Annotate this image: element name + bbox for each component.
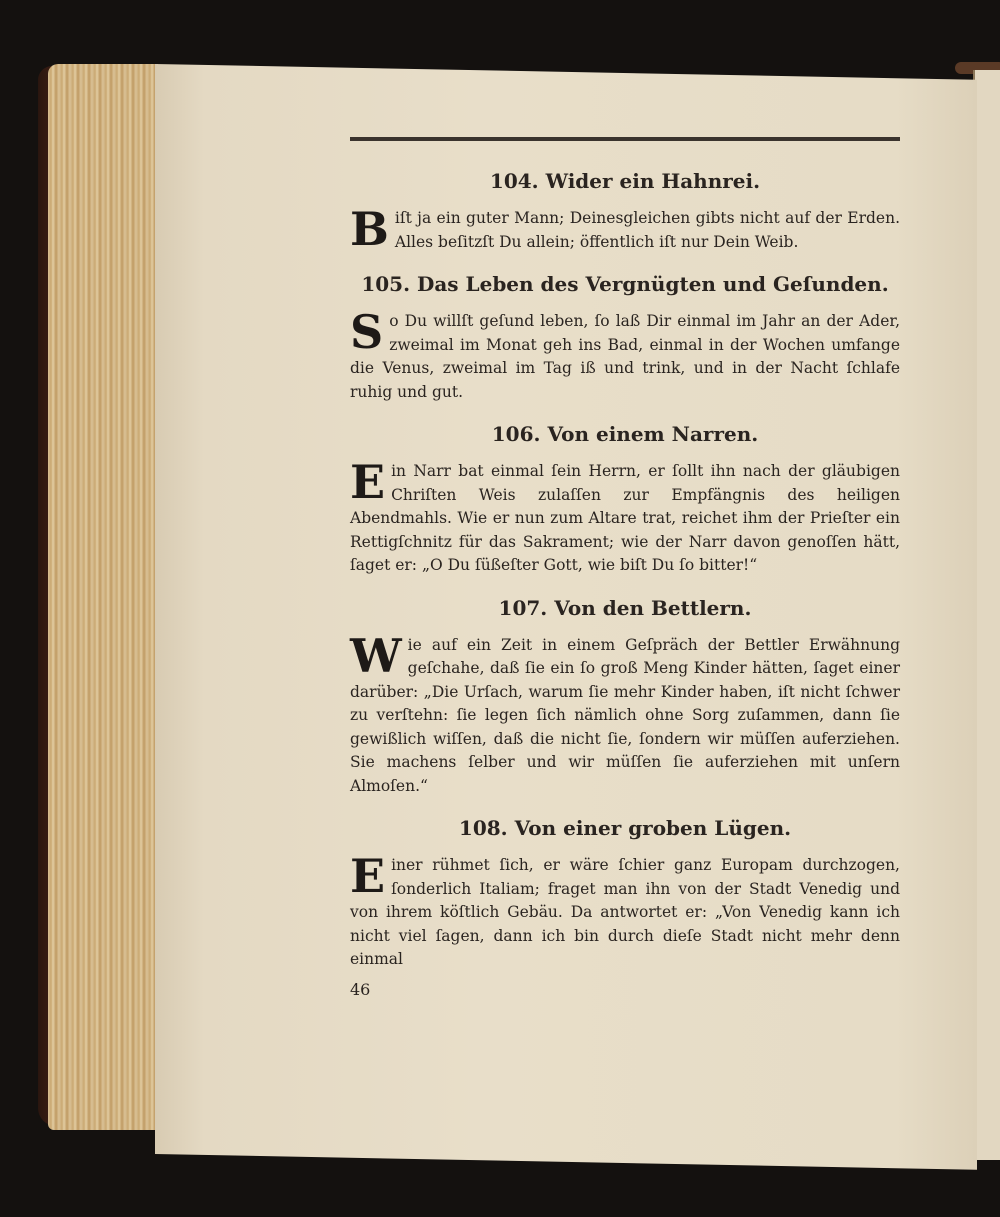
section-paragraph: Einer rühmet ſich, er wäre ſchier ganz E… bbox=[350, 854, 900, 972]
drop-cap: W bbox=[350, 636, 402, 676]
section-heading: 108. Von einer groben Lügen. bbox=[350, 816, 900, 840]
page-number: 46 bbox=[350, 980, 370, 999]
drop-cap: E bbox=[350, 462, 385, 502]
facing-page-edge bbox=[973, 70, 1000, 1160]
page-edges bbox=[48, 64, 158, 1130]
drop-cap: E bbox=[350, 856, 385, 896]
section-106: 106. Von einem Narren. Ein Narr bat einm… bbox=[350, 422, 900, 578]
drop-cap: B bbox=[350, 209, 389, 249]
section-105: 105. Das Leben des Vergnügten und Geſund… bbox=[350, 272, 900, 404]
paragraph-text: ie auf ein Zeit in einem Geſpräch der Be… bbox=[350, 636, 900, 795]
paragraph-text: iner rühmet ſich, er wäre ſchier ganz Eu… bbox=[350, 856, 900, 968]
section-paragraph: Biſt ja ein guter Mann; Deinesgleichen g… bbox=[350, 207, 900, 254]
page-text-block: 104. Wider ein Hahnrei. Biſt ja ein gute… bbox=[350, 137, 900, 990]
drop-cap: S bbox=[350, 312, 383, 352]
paragraph-text: in Narr bat einmal ſein Herrn, er ſollt … bbox=[350, 462, 900, 574]
paragraph-text: iſt ja ein guter Mann; Deinesgleichen gi… bbox=[395, 209, 900, 251]
section-paragraph: Ein Narr bat einmal ſein Herrn, er ſollt… bbox=[350, 460, 900, 578]
section-heading: 105. Das Leben des Vergnügten und Geſund… bbox=[350, 272, 900, 296]
section-104: 104. Wider ein Hahnrei. Biſt ja ein gute… bbox=[350, 169, 900, 254]
header-rule bbox=[350, 137, 900, 141]
section-heading: 104. Wider ein Hahnrei. bbox=[350, 169, 900, 193]
section-paragraph: So Du willſt geſund leben, ſo laß Dir ei… bbox=[350, 310, 900, 404]
section-paragraph: Wie auf ein Zeit in einem Geſpräch der B… bbox=[350, 634, 900, 799]
section-heading: 106. Von einem Narren. bbox=[350, 422, 900, 446]
paragraph-text: o Du willſt geſund leben, ſo laß Dir ein… bbox=[350, 312, 900, 401]
section-107: 107. Von den Bettlern. Wie auf ein Zeit … bbox=[350, 596, 900, 799]
section-heading: 107. Von den Bettlern. bbox=[350, 596, 900, 620]
section-108: 108. Von einer groben Lügen. Einer rühme… bbox=[350, 816, 900, 972]
